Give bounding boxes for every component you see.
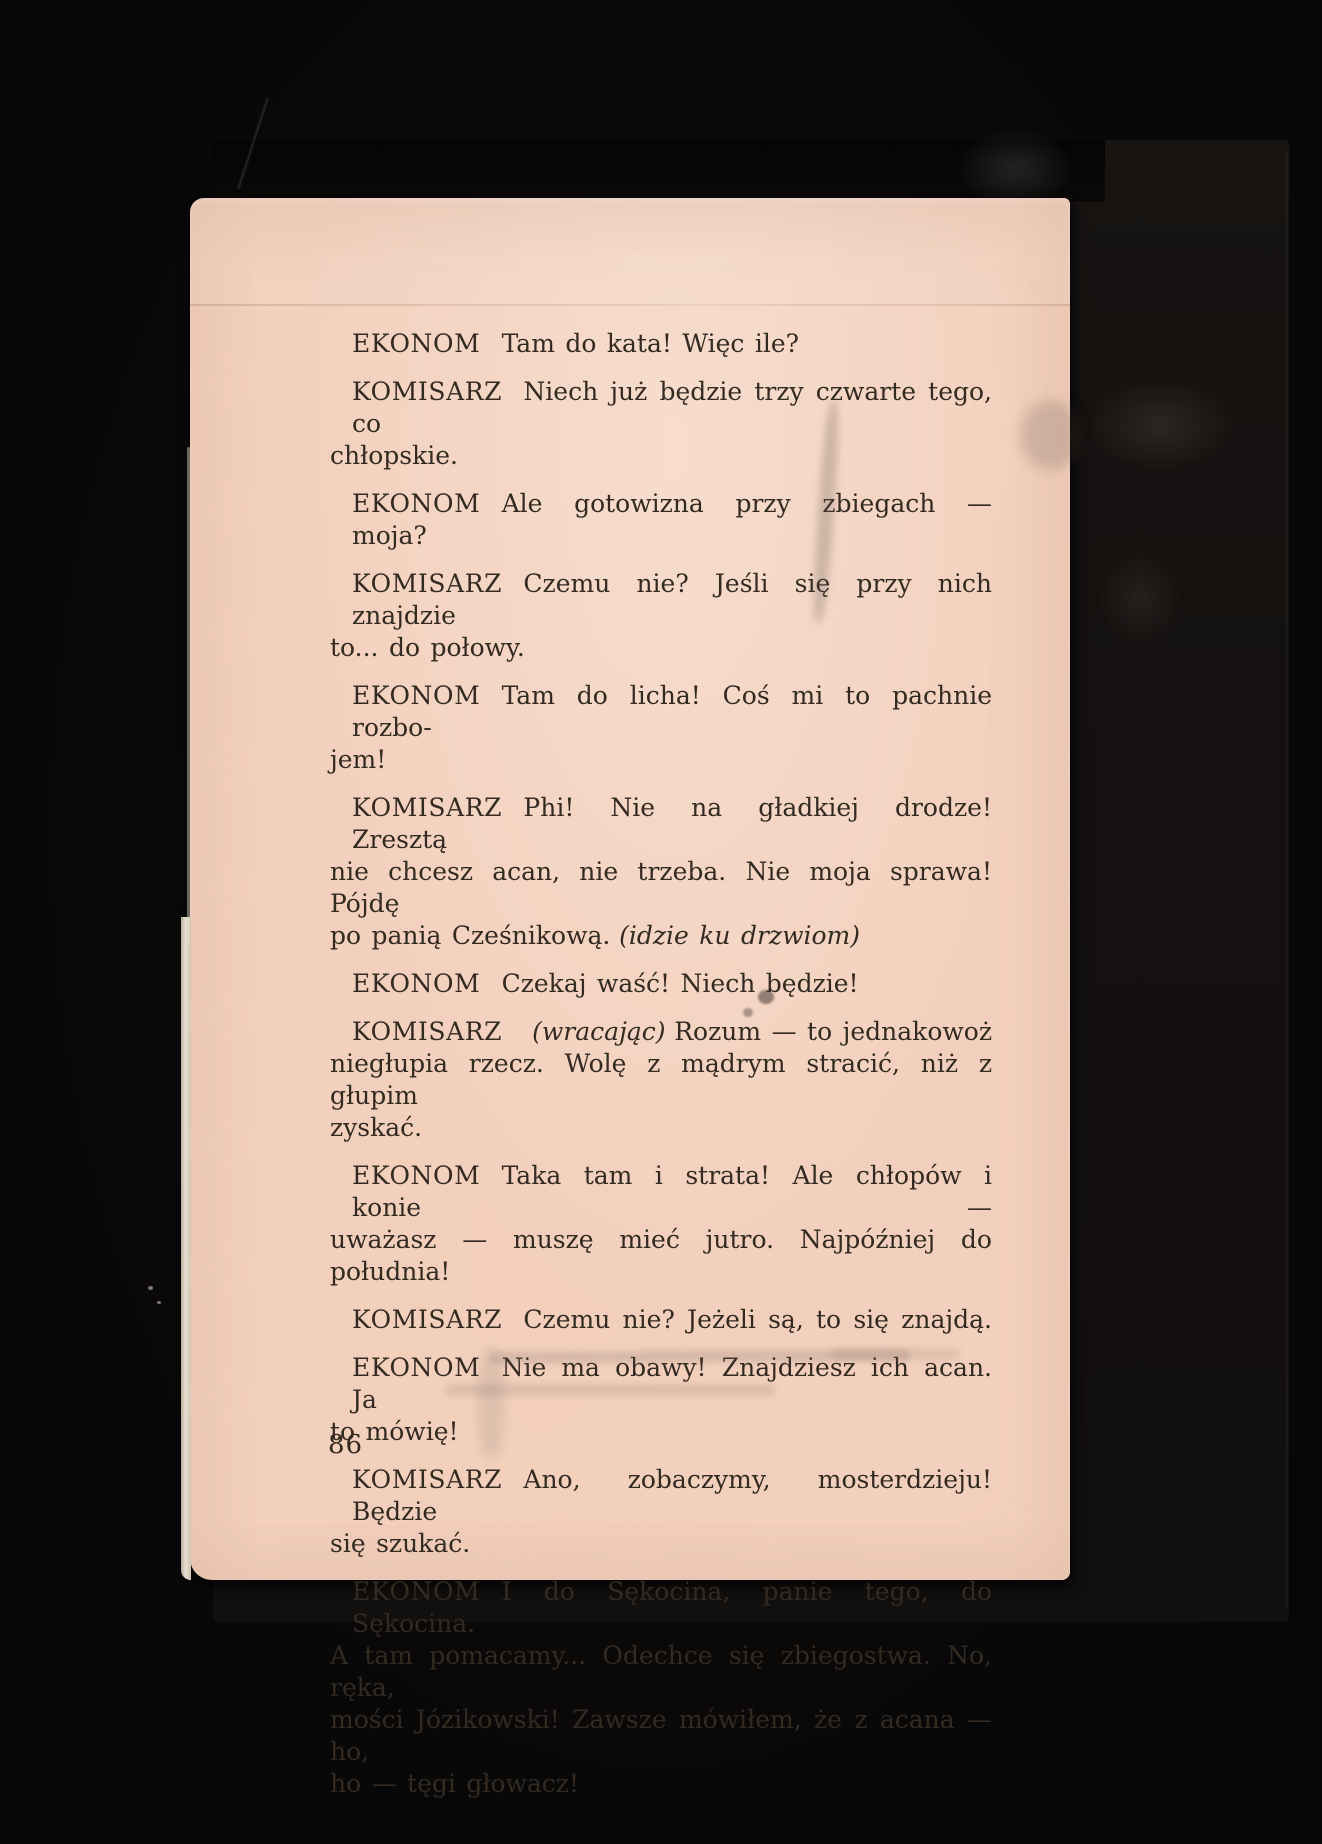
dialogue-line: A tam pomacamy... Odechce się zbiegostwa… (330, 1640, 992, 1704)
dialogue-paragraph: KOMISARZCzemu nie? Jeżeli są, to się zna… (330, 1304, 992, 1336)
dialogue-line: KOMISARZPhi! Nie na gładkiej drodze! Zre… (330, 792, 992, 856)
dialogue-text: się szukać. (330, 1529, 470, 1558)
dialogue-paragraph: KOMISARZ(wracając)Rozum — to jednakowożn… (330, 1016, 992, 1144)
smudge-mark (955, 128, 1075, 208)
dialogue-text: jem! (330, 745, 386, 774)
dialogue-text: Czemu nie? Jeżeli są, to się znajdą. (523, 1305, 992, 1334)
dialogue-line: EKONOMAle gotowizna przy zbiegach — moja… (330, 488, 992, 552)
dialogue-line: KOMISARZAno, zobaczymy, mosterdzieju! Bę… (330, 1464, 992, 1528)
dialogue-text: mości Józikowski! Zawsze mówiłem, że z a… (330, 1705, 992, 1766)
dialogue-paragraph: KOMISARZCzemu nie? Jeśli się przy nich z… (330, 568, 992, 664)
dialogue-text: chłopskie. (330, 441, 458, 470)
dialogue-text: nie chcesz acan, nie trzeba. Nie moja sp… (330, 857, 992, 918)
dialogue-text: Rozum — to jednakowoż (674, 1017, 992, 1046)
smudge-mark (1095, 548, 1185, 648)
speaker-name: EKONOM (352, 1577, 480, 1606)
smudge-mark (1085, 378, 1235, 473)
dialogue-line: jem! (330, 744, 992, 776)
stage-direction: (idzie ku drzwiom) (619, 921, 860, 950)
ink-blot (743, 1008, 753, 1017)
dialogue-paragraph: KOMISARZAno, zobaczymy, mosterdzieju! Bę… (330, 1464, 992, 1560)
speaker-name: KOMISARZ (352, 1017, 502, 1046)
dialogue-line: to... do połowy. (330, 632, 992, 664)
speaker-name: EKONOM (352, 1353, 480, 1382)
speaker-name: EKONOM (352, 969, 480, 998)
dialogue-line: chłopskie. (330, 440, 992, 472)
speaker-name: KOMISARZ (352, 1465, 502, 1494)
dialogue-line: uważasz — muszę mieć jutro. Najpóźniej d… (330, 1224, 992, 1288)
fold-crease-tint (190, 198, 1070, 304)
smudge-mark (478, 1348, 504, 1458)
page-stack-edge (181, 917, 191, 1580)
speaker-name: KOMISARZ (352, 1305, 502, 1334)
dialogue-line: EKONOMTaka tam i strata! Ale chłopów i k… (330, 1160, 992, 1224)
dialogue-line: to mówię! (330, 1416, 992, 1448)
dialogue-text: uważasz — muszę mieć jutro. Najpóźniej d… (330, 1225, 992, 1286)
dialogue-line: KOMISARZNiech już będzie trzy czwarte te… (330, 376, 992, 440)
dialogue-paragraph: EKONOMTaka tam i strata! Ale chłopów i k… (330, 1160, 992, 1288)
fold-crease-line (190, 304, 1070, 306)
dialogue-text: po panią Cześnikową. (330, 921, 610, 950)
dialogue-line: mości Józikowski! Zawsze mówiłem, że z a… (330, 1704, 992, 1768)
dialogue-text: A tam pomacamy... Odechce się zbiegostwa… (330, 1641, 992, 1702)
ink-blot (758, 990, 774, 1004)
dialogue-paragraph: EKONOMTam do licha! Coś mi to pachnie ro… (330, 680, 992, 776)
dialogue-line: ho — tęgi głowacz! (330, 1768, 992, 1800)
stage-direction: (wracając) (532, 1017, 665, 1046)
book-page: EKONOMTam do kata! Więc ile?KOMISARZNiec… (190, 198, 1070, 1580)
dialogue-paragraph: KOMISARZPhi! Nie na gładkiej drodze! Zre… (330, 792, 992, 952)
dialogue-paragraph: EKONOMAle gotowizna przy zbiegach — moja… (330, 488, 992, 552)
smudge-mark (1020, 400, 1080, 470)
page-stack-edge-line (187, 447, 190, 945)
dialogue-text: ho — tęgi głowacz! (330, 1769, 579, 1798)
dialogue-paragraph: EKONOMNie ma obawy! Znajdziesz ich acan.… (330, 1352, 992, 1448)
speaker-name: KOMISARZ (352, 377, 502, 406)
dialogue-text: zyskać. (330, 1113, 422, 1142)
show-through-text-ghost (445, 1384, 775, 1396)
dialogue-line: się szukać. (330, 1528, 992, 1560)
text-block: EKONOMTam do kata! Więc ile?KOMISARZNiec… (330, 328, 992, 1816)
dialogue-line: KOMISARZCzemu nie? Jeżeli są, to się zna… (330, 1304, 992, 1336)
dialogue-paragraph: KOMISARZNiech już będzie trzy czwarte te… (330, 376, 992, 472)
dialogue-line: EKONOMCzekaj waść! Niech będzie! (330, 968, 992, 1000)
dust-speck (157, 1301, 161, 1304)
show-through-text-ghost (830, 1348, 960, 1360)
speaker-name: EKONOM (352, 1161, 480, 1190)
speaker-name: KOMISARZ (352, 793, 502, 822)
page-number: 86 (328, 1430, 363, 1460)
dialogue-line: nie chcesz acan, nie trzeba. Nie moja sp… (330, 856, 992, 920)
dialogue-line: EKONOMTam do kata! Więc ile? (330, 328, 992, 360)
dialogue-line: KOMISARZCzemu nie? Jeśli się przy nich z… (330, 568, 992, 632)
dialogue-line: EKONOMTam do licha! Coś mi to pachnie ro… (330, 680, 992, 744)
dust-speck (148, 1286, 153, 1290)
dialogue-text: to... do połowy. (330, 633, 525, 662)
dialogue-paragraph: EKONOMTam do kata! Więc ile? (330, 328, 992, 360)
speaker-name: EKONOM (352, 681, 480, 710)
dialogue-line: EKONOMI do Sękocina, panie tego, do Sęko… (330, 1576, 992, 1640)
speaker-name: EKONOM (352, 329, 480, 358)
dialogue-line: po panią Cześnikową.(idzie ku drzwiom) (330, 920, 992, 952)
book-cover-edge (1286, 150, 1288, 1610)
dialogue-text: niegłupia rzecz. Wolę z mądrym stracić, … (330, 1049, 992, 1110)
speaker-name: EKONOM (352, 489, 480, 518)
dialogue-text: Tam do kata! Więc ile? (502, 329, 799, 358)
speaker-name: KOMISARZ (352, 569, 502, 598)
dialogue-paragraph: EKONOMCzekaj waść! Niech będzie! (330, 968, 992, 1000)
dialogue-line: niegłupia rzecz. Wolę z mądrym stracić, … (330, 1048, 992, 1112)
dialogue-paragraph: EKONOMI do Sękocina, panie tego, do Sęko… (330, 1576, 992, 1800)
dialogue-text: Czekaj waść! Niech będzie! (502, 969, 859, 998)
dialogue-line: KOMISARZ(wracając)Rozum — to jednakowoż (330, 1016, 992, 1048)
dialogue-line: zyskać. (330, 1112, 992, 1144)
